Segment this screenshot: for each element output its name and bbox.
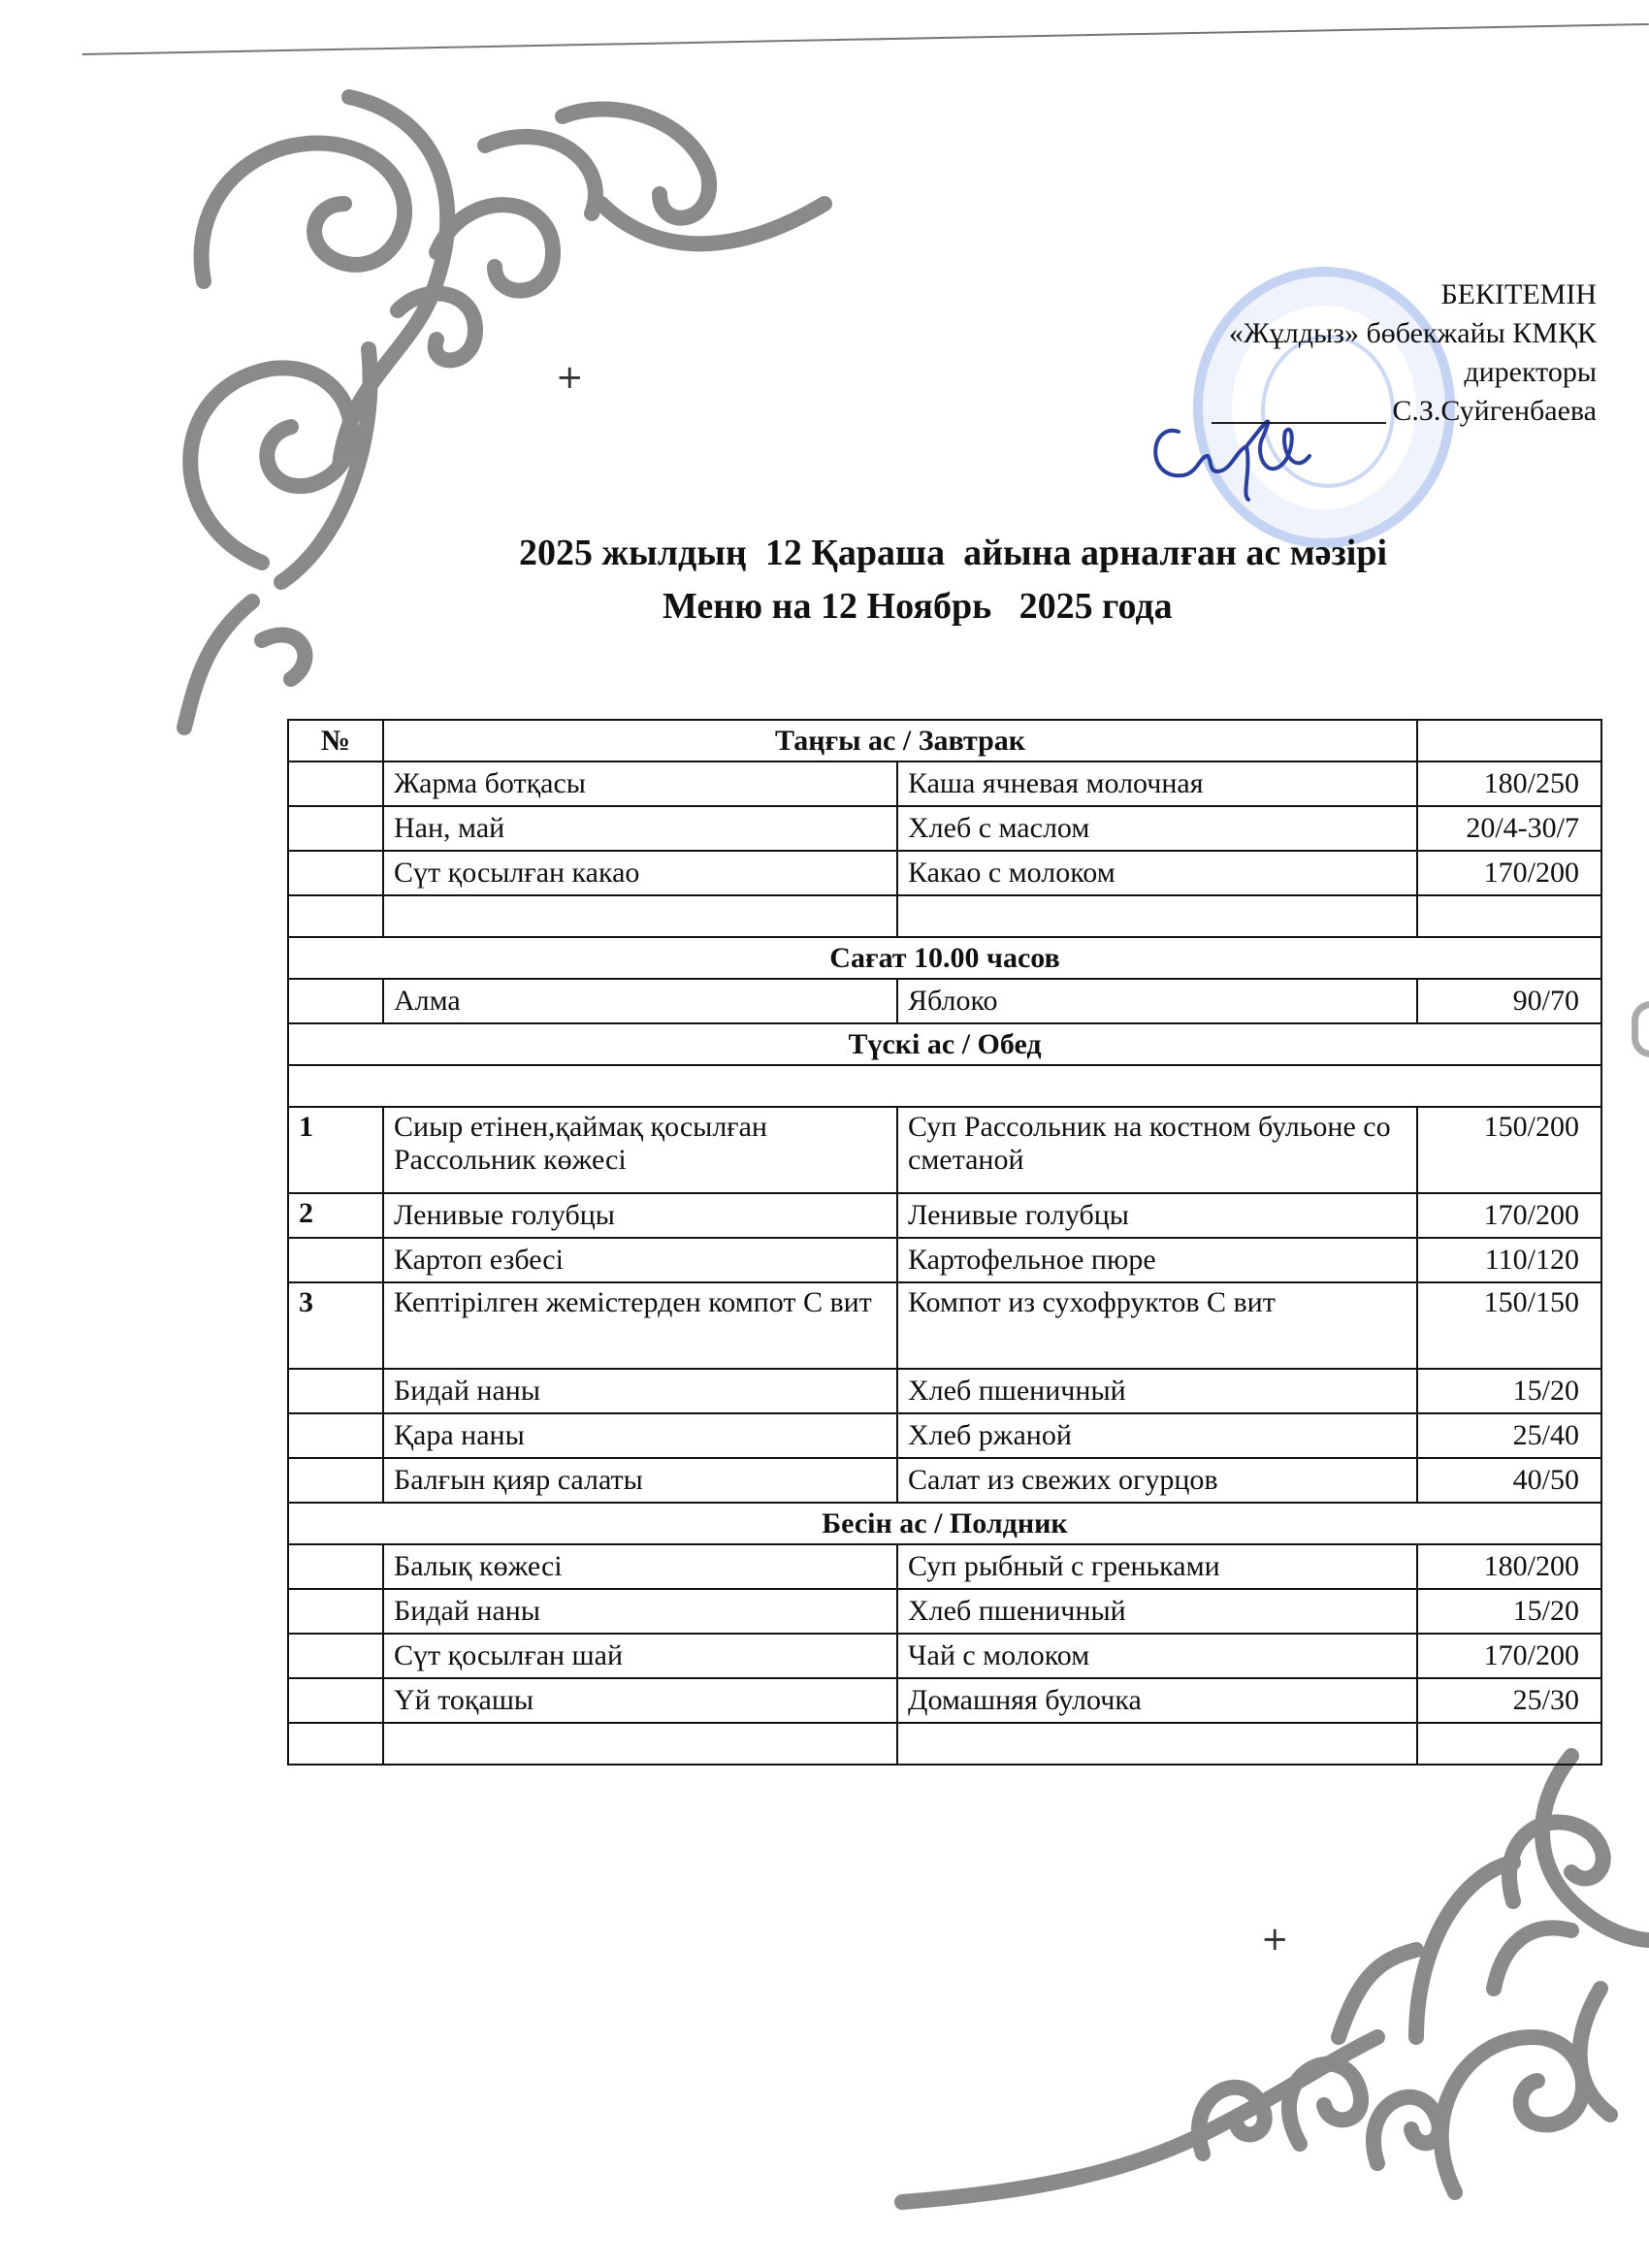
- item-number: [288, 1589, 383, 1634]
- table-row: 3Кептірілген жемістерден компот С витКом…: [288, 1282, 1601, 1369]
- item-portion: 25/40: [1417, 1413, 1601, 1458]
- menu-table: № Таңғы ас / Завтрак Жарма ботқасыКаша я…: [287, 719, 1602, 1766]
- item-name-kazakh: Балық көжесі: [383, 1544, 897, 1589]
- item-number: [288, 1678, 383, 1723]
- empty-cell: [897, 1723, 1417, 1765]
- item-name-russian: Каша ячневая молочная: [897, 761, 1417, 806]
- item-portion: 15/20: [1417, 1369, 1601, 1413]
- section-row: Түскі ас / Обед: [288, 1023, 1601, 1065]
- item-number: [288, 761, 383, 806]
- signature-underline: [1212, 422, 1386, 424]
- item-name-russian: Хлеб пшеничный: [897, 1369, 1417, 1413]
- table-row: Нан, майХлеб с маслом20/4-30/7: [288, 806, 1601, 851]
- item-name-kazakh: Бидай наны: [383, 1589, 897, 1634]
- item-number: [288, 979, 383, 1023]
- item-portion: 180/200: [1417, 1544, 1601, 1589]
- item-name-kazakh: Сиыр етінен,қаймақ қосылған Рассольник к…: [383, 1107, 897, 1193]
- item-name-russian: Салат из свежих огурцов: [897, 1458, 1417, 1503]
- item-name-russian: Суп рыбный с греньками: [897, 1544, 1417, 1589]
- table-row: Қара наныХлеб ржаной25/40: [288, 1413, 1601, 1458]
- item-name-kazakh: Жарма ботқасы: [383, 761, 897, 806]
- item-portion: 150/150: [1417, 1282, 1601, 1369]
- section-header-afternoon-snack: Бесін ас / Полдник: [288, 1503, 1601, 1544]
- empty-row: [288, 895, 1601, 937]
- registration-cross-icon: +: [556, 361, 584, 394]
- item-portion: 110/120: [1417, 1238, 1601, 1282]
- approval-block: БЕКІТЕМІН «Жұлдыз» бөбекжайы КМҚК директ…: [1212, 275, 1597, 431]
- section-row: Сағат 10.00 часов: [288, 937, 1601, 979]
- section-row: Бесін ас / Полдник: [288, 1503, 1601, 1544]
- item-number: [288, 1369, 383, 1413]
- empty-cell: [288, 895, 383, 937]
- empty-cell: [1417, 895, 1601, 937]
- approval-heading: БЕКІТЕМІН: [1212, 275, 1597, 314]
- item-number: [288, 1634, 383, 1678]
- item-name-russian: Хлеб пшеничный: [897, 1589, 1417, 1634]
- table-row: АлмаЯблоко90/70: [288, 979, 1601, 1023]
- section-header-snack: Сағат 10.00 часов: [288, 937, 1601, 979]
- item-number: 2: [288, 1193, 383, 1238]
- item-name-kazakh: Нан, май: [383, 806, 897, 851]
- approval-position: директоры: [1212, 353, 1597, 392]
- table-row: Бидай наныХлеб пшеничный15/20: [288, 1369, 1601, 1413]
- scan-artifact-mark: [1632, 1001, 1649, 1057]
- item-number: [288, 1413, 383, 1458]
- item-number: [288, 1544, 383, 1589]
- table-row: Бидай наныХлеб пшеничный15/20: [288, 1589, 1601, 1634]
- item-name-kazakh: Сүт қосылған шай: [383, 1634, 897, 1678]
- table-row: Сүт қосылған какаоКакао с молоком170/200: [288, 851, 1601, 895]
- item-name-kazakh: Картоп езбесі: [383, 1238, 897, 1282]
- item-name-russian: Хлеб с маслом: [897, 806, 1417, 851]
- item-number: [288, 851, 383, 895]
- table-header-row: № Таңғы ас / Завтрак: [288, 720, 1601, 761]
- item-name-russian: Хлеб ржаной: [897, 1413, 1417, 1458]
- item-portion: 170/200: [1417, 1634, 1601, 1678]
- table-row: Жарма ботқасыКаша ячневая молочная180/25…: [288, 761, 1601, 806]
- item-portion: 170/200: [1417, 851, 1601, 895]
- section-header-lunch: Түскі ас / Обед: [288, 1023, 1601, 1065]
- item-name-kazakh: Алма: [383, 979, 897, 1023]
- item-number: [288, 1458, 383, 1503]
- item-name-kazakh: Үй тоқашы: [383, 1678, 897, 1723]
- approval-signatory: С.З.Суйгенбаева: [1392, 395, 1597, 427]
- item-name-russian: Картофельное пюре: [897, 1238, 1417, 1282]
- item-name-kazakh: Бидай наны: [383, 1369, 897, 1413]
- item-name-russian: Домашняя булочка: [897, 1678, 1417, 1723]
- item-portion: 25/30: [1417, 1678, 1601, 1723]
- item-portion: 170/200: [1417, 1193, 1601, 1238]
- item-number: [288, 1238, 383, 1282]
- registration-cross-icon: +: [1261, 1923, 1289, 1956]
- page-title-russian: Меню на 12 Ноябрь 2025 года: [0, 585, 1649, 628]
- table-row: Балғын қияр салатыСалат из свежих огурцо…: [288, 1458, 1601, 1503]
- item-name-russian: Ленивые голубцы: [897, 1193, 1417, 1238]
- empty-cell: [383, 1723, 897, 1765]
- empty-row: [288, 1723, 1601, 1765]
- item-name-kazakh: Балғын қияр салаты: [383, 1458, 897, 1503]
- item-name-kazakh: Қара наны: [383, 1413, 897, 1458]
- item-name-kazakh: Ленивые голубцы: [383, 1193, 897, 1238]
- table-row: Картоп езбесіКартофельное пюре110/120: [288, 1238, 1601, 1282]
- empty-row: [288, 1065, 1601, 1107]
- empty-cell: [383, 895, 897, 937]
- approval-organization: «Жұлдыз» бөбекжайы КМҚК: [1212, 314, 1597, 353]
- item-portion: 90/70: [1417, 979, 1601, 1023]
- item-name-russian: Какао с молоком: [897, 851, 1417, 895]
- qty-column-header: [1417, 720, 1601, 761]
- item-name-kazakh: Сүт қосылған какао: [383, 851, 897, 895]
- section-header-breakfast: Таңғы ас / Завтрак: [383, 720, 1417, 761]
- number-column-header: №: [288, 720, 383, 761]
- table-row: Балық көжесіСуп рыбный с греньками180/20…: [288, 1544, 1601, 1589]
- table-row: Үй тоқашыДомашняя булочка25/30: [288, 1678, 1601, 1723]
- page-top-edge-line: [82, 23, 1649, 55]
- item-portion: 40/50: [1417, 1458, 1601, 1503]
- table-row: 1Сиыр етінен,қаймақ қосылған Рассольник …: [288, 1107, 1601, 1193]
- item-portion: 150/200: [1417, 1107, 1601, 1193]
- empty-cell: [288, 1723, 383, 1765]
- table-row: 2Ленивые голубцыЛенивые голубцы170/200: [288, 1193, 1601, 1238]
- item-portion: 20/4-30/7: [1417, 806, 1601, 851]
- item-portion: 180/250: [1417, 761, 1601, 806]
- empty-cell: [1417, 1723, 1601, 1765]
- ornament-bottom-right-icon: [834, 1746, 1649, 2268]
- item-name-russian: Компот из сухофруктов С вит: [897, 1282, 1417, 1369]
- item-name-russian: Яблоко: [897, 979, 1417, 1023]
- item-number: [288, 806, 383, 851]
- item-number: 1: [288, 1107, 383, 1193]
- item-portion: 15/20: [1417, 1589, 1601, 1634]
- item-name-kazakh: Кептірілген жемістерден компот С вит: [383, 1282, 897, 1369]
- empty-cell: [288, 1065, 1601, 1107]
- item-name-russian: Чай с молоком: [897, 1634, 1417, 1678]
- empty-cell: [897, 895, 1417, 937]
- page-title-kazakh: 2025 жылдың 12 Қараша айына арналған ас …: [0, 532, 1649, 574]
- ornament-top-left-icon: [145, 58, 844, 737]
- item-name-russian: Суп Рассольник на костном бульоне со сме…: [897, 1107, 1417, 1193]
- approval-signature-line: С.З.Суйгенбаева: [1212, 392, 1597, 431]
- item-number: 3: [288, 1282, 383, 1369]
- table-row: Сүт қосылған шайЧай с молоком170/200: [288, 1634, 1601, 1678]
